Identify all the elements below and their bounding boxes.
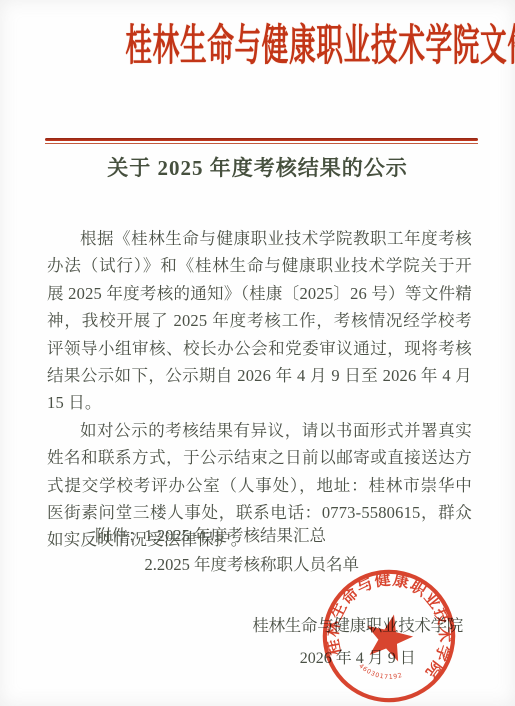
- attachments-block: 附件： 1.2025 年度考核结果汇总 2.2025 年度考核称职人员名单: [95, 521, 359, 579]
- paragraph-basis: 根据《桂林生命与健康职业技术学院教职工年度考核办法（试行）》和《桂林生命与健康职…: [47, 225, 472, 417]
- attachment-item: 2.2025 年度考核称职人员名单: [145, 550, 360, 579]
- document-title: 关于 2025 年度考核结果的公示: [0, 152, 515, 182]
- divider-thin-line: [45, 143, 478, 144]
- document-body: 根据《桂林生命与健康职业技术学院教职工年度考核办法（试行）》和《桂林生命与健康职…: [47, 225, 472, 554]
- attachments-list: 1.2025 年度考核结果汇总 2.2025 年度考核称职人员名单: [145, 521, 360, 579]
- document-page: 桂林生命与健康职业技术学院文件 关于 2025 年度考核结果的公示 根据《桂林生…: [0, 0, 515, 706]
- red-divider-rule: [45, 138, 478, 145]
- masthead: 桂林生命与健康职业技术学院文件: [0, 12, 515, 73]
- attachment-item: 1.2025 年度考核结果汇总: [145, 521, 360, 550]
- signature-block: 桂林生命与健康职业技术学院 2026 年 4 月 9 日: [252, 612, 463, 668]
- signature-org-name: 桂林生命与健康职业技术学院: [252, 612, 463, 636]
- attachments-label: 附件：: [95, 521, 145, 579]
- masthead-title: 桂林生命与健康职业技术学院文件: [125, 12, 515, 73]
- divider-thick-line: [45, 138, 478, 141]
- signature-date: 2026 年 4 月 9 日: [252, 645, 463, 668]
